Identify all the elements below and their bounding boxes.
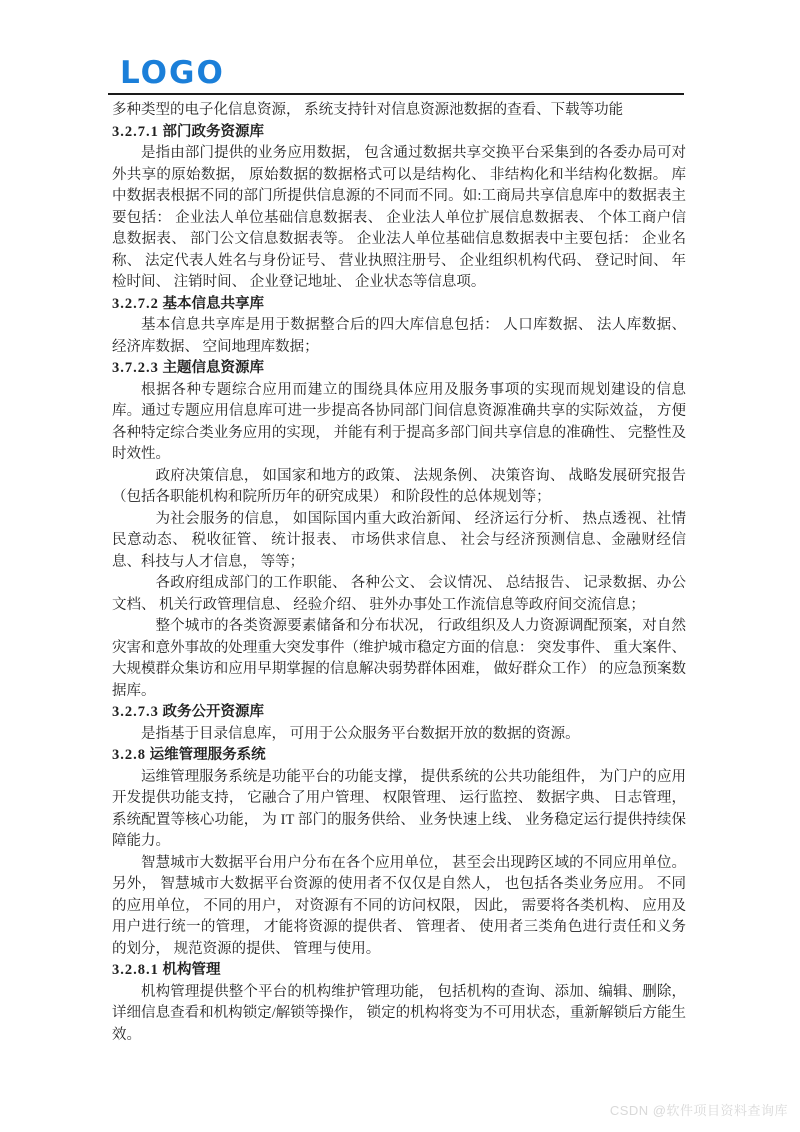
heading-number: 3.2.8.1 (112, 962, 159, 978)
heading-title: 政务公开资源库 (163, 704, 265, 720)
heading-number: 3.2.7.3 (112, 704, 159, 720)
heading-title: 运维管理服务系统 (150, 747, 266, 763)
section-heading: 3.2.8 运维管理服务系统 (112, 745, 686, 767)
section-heading: 3.2.7.1 部门政务资源库 (112, 122, 686, 144)
section-heading: 3.7.2.3 主题信息资源库 (112, 358, 686, 380)
document-body: 多种类型的电子化信息资源， 系统支持针对信息资源池数据的查看、下载等功能 3.2… (112, 100, 686, 1046)
paragraph: 根据各种专题综合应用而建立的围绕具体应用及服务事项的实现而规划建设的信息库。通过… (112, 380, 686, 466)
paragraph: 是指由部门提供的业务应用数据， 包含通过数据共享交换平台采集到的各委办局可对外共… (112, 143, 686, 294)
paragraph: 基本信息共享库是用于数据整合后的四大库信息包括： 人口库数据、 法人库数据、 经… (112, 315, 686, 358)
header-rule (108, 93, 684, 95)
heading-title: 部门政务资源库 (163, 124, 265, 140)
section-heading: 3.2.8.1 机构管理 (112, 960, 686, 982)
paragraph: 智慧城市大数据平台用户分布在各个应用单位， 甚至会出现跨区域的不同应用单位。另外… (112, 853, 686, 961)
heading-number: 3.2.7.1 (112, 124, 159, 140)
heading-title: 主题信息资源库 (163, 360, 265, 376)
paragraph: 是指基于目录信息库， 可用于公众服务平台数据开放的数据的资源。 (112, 724, 686, 746)
watermark: CSDN @软件项目资料查询库 (610, 1100, 788, 1119)
paragraph: 为社会服务的信息， 如国际国内重大政治新闻、 经济运行分析、 热点透视、社情民意… (112, 509, 686, 574)
section-heading: 3.2.7.3 政务公开资源库 (112, 702, 686, 724)
content-blocks: 3.2.7.1 部门政务资源库是指由部门提供的业务应用数据， 包含通过数据共享交… (112, 122, 686, 1047)
section-heading: 3.2.7.2 基本信息共享库 (112, 294, 686, 316)
paragraph: 政府决策信息， 如国家和地方的政策、 法规条例、 决策咨询、 战略发展研究报告（… (112, 466, 686, 509)
heading-title: 基本信息共享库 (163, 296, 265, 312)
heading-title: 机构管理 (163, 962, 221, 978)
logo-text: LOGO (108, 56, 684, 90)
document-page: LOGO 多种类型的电子化信息资源， 系统支持针对信息资源池数据的查看、下载等功… (0, 0, 800, 1132)
paragraph: 各政府组成部门的工作职能、 各种公文、 会议情况、 总结报告、 记录数据、办公文… (112, 573, 686, 616)
heading-number: 3.7.2.3 (112, 360, 159, 376)
paragraph: 机构管理提供整个平台的机构维护管理功能， 包括机构的查询、添加、编辑、删除，详细… (112, 982, 686, 1047)
page-header: LOGO (108, 56, 684, 103)
paragraph: 运维管理服务系统是功能平台的功能支撑， 提供系统的公共功能组件， 为门户的应用开… (112, 767, 686, 853)
paragraph: 整个城市的各类资源要素储备和分布状况， 行政组织及人力资源调配预案，对自然灾害和… (112, 616, 686, 702)
heading-number: 3.2.8 (112, 747, 146, 763)
intro-line: 多种类型的电子化信息资源， 系统支持针对信息资源池数据的查看、下载等功能 (112, 100, 686, 122)
heading-number: 3.2.7.2 (112, 296, 159, 312)
